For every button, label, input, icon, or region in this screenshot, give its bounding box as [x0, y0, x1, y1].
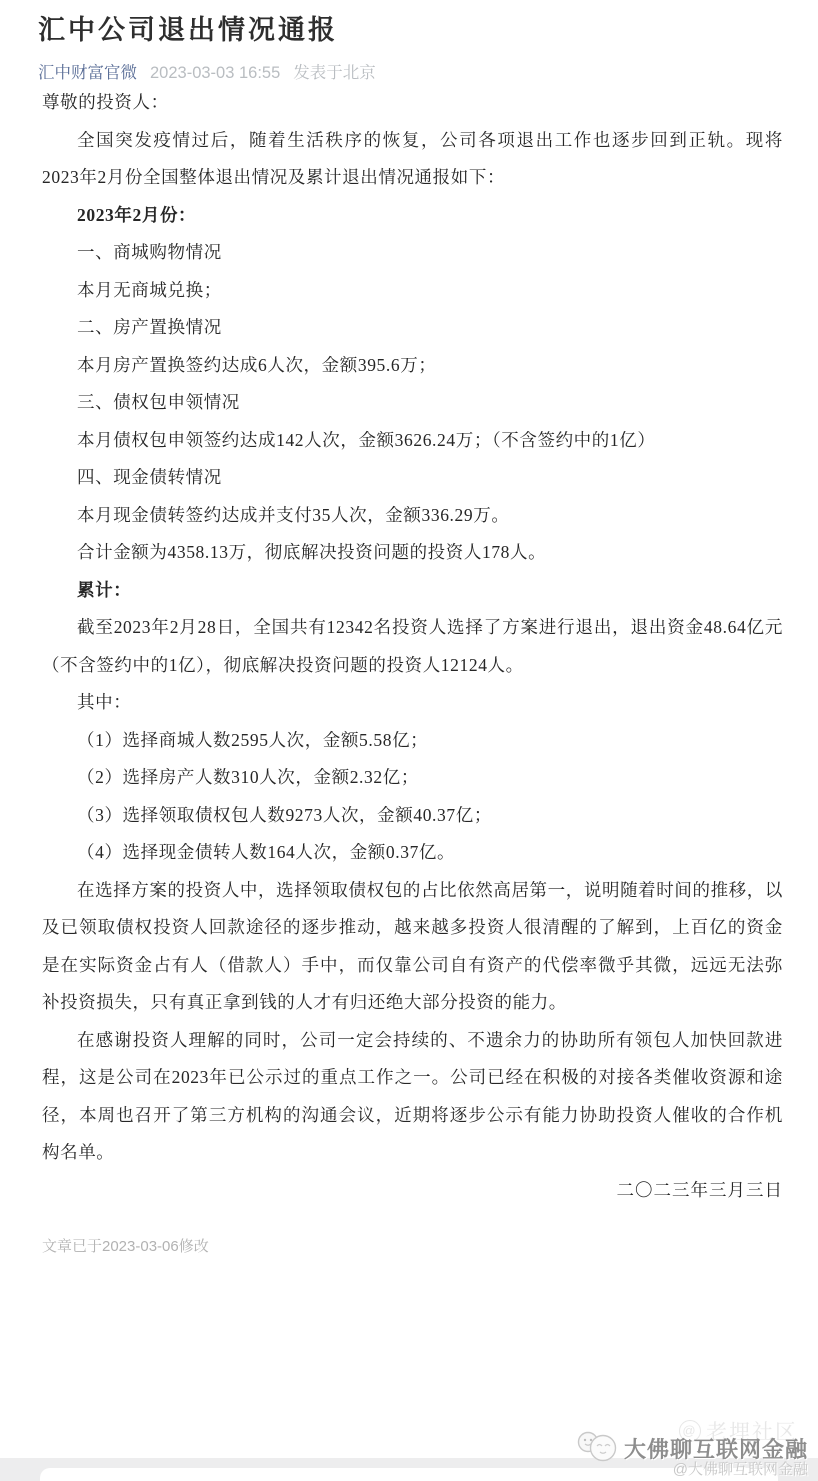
article-paragraph: （1）选择商城人数2595人次，金额5.58亿； [42, 722, 783, 760]
modified-note: 文章已于2023-03-06修改 [42, 1235, 776, 1256]
author-link[interactable]: 汇中财富官微 [38, 62, 137, 84]
sign-date: 二〇二三年三月三日 [42, 1172, 783, 1210]
article-paragraph: 四、现金债转情况 [42, 459, 783, 497]
comment-bar [0, 1458, 818, 1481]
article-paragraph: 在选择方案的投资人中，选择领取债权包的占比依然高居第一，说明随着时间的推移，以及… [42, 872, 783, 1022]
article-body: 尊敬的投资人： 全国突发疫情过后，随着生活秩序的恢复，公司各项退出工作也逐步回到… [0, 84, 818, 1209]
community-watermark: @ 老埋社区 [679, 1416, 798, 1446]
article-paragraph: （2）选择房产人数310人次，金额2.32亿； [42, 759, 783, 797]
article-paragraph: 本月债权包申领签约达成142人次，金额3626.24万；（不含签约中的1亿） [42, 422, 783, 460]
article-paragraph: 2023年2月份： [42, 197, 783, 235]
article-paragraph: 本月现金债转签约达成并支付35人次，金额336.29万。 [42, 497, 783, 535]
article-paragraph: 三、债权包申领情况 [42, 384, 783, 422]
article-page: 汇中公司退出情况通报 汇中财富官微 2023-03-03 16:55 发表于北京… [0, 0, 818, 1481]
article-meta: 汇中财富官微 2023-03-03 16:55 发表于北京 [0, 48, 818, 84]
article-paragraph: 二、房产置换情况 [42, 309, 783, 347]
article-paragraph: 本月房产置换签约达成6人次，金额395.6万； [42, 347, 783, 385]
salutation: 尊敬的投资人： [42, 84, 783, 122]
article-title: 汇中公司退出情况通报 [0, 0, 818, 48]
article-paragraph: 合计金额为4358.13万，彻底解决投资问题的投资人178人。 [42, 534, 783, 572]
article-paragraph: 全国突发疫情过后，随着生活秩序的恢复，公司各项退出工作也逐步回到正轨。现将202… [42, 122, 783, 197]
article-paragraph: （3）选择领取债权包人数9273人次，金额40.37亿； [42, 797, 783, 835]
article-paragraph: 本月无商城兑换； [42, 272, 783, 310]
article-paragraph: 截至2023年2月28日，全国共有12342名投资人选择了方案进行退出，退出资金… [42, 609, 783, 684]
publish-location: 发表于北京 [293, 62, 376, 84]
article-paragraph: 一、商城购物情况 [42, 234, 783, 272]
comment-input[interactable] [40, 1468, 778, 1481]
article-paragraph: 在感谢投资人理解的同时，公司一定会持续的、不遗余力的协助所有领包人加快回款进程，… [42, 1022, 783, 1172]
article-paragraph: （4）选择现金债转人数164人次，金额0.37亿。 [42, 834, 783, 872]
article-paragraph: 其中： [42, 684, 783, 722]
publish-time: 2023-03-03 16:55 [150, 62, 280, 84]
article-paragraph: 累计： [42, 572, 783, 610]
community-badge-icon: @ [679, 1420, 701, 1442]
community-watermark-label: 老埋社区 [706, 1416, 798, 1446]
